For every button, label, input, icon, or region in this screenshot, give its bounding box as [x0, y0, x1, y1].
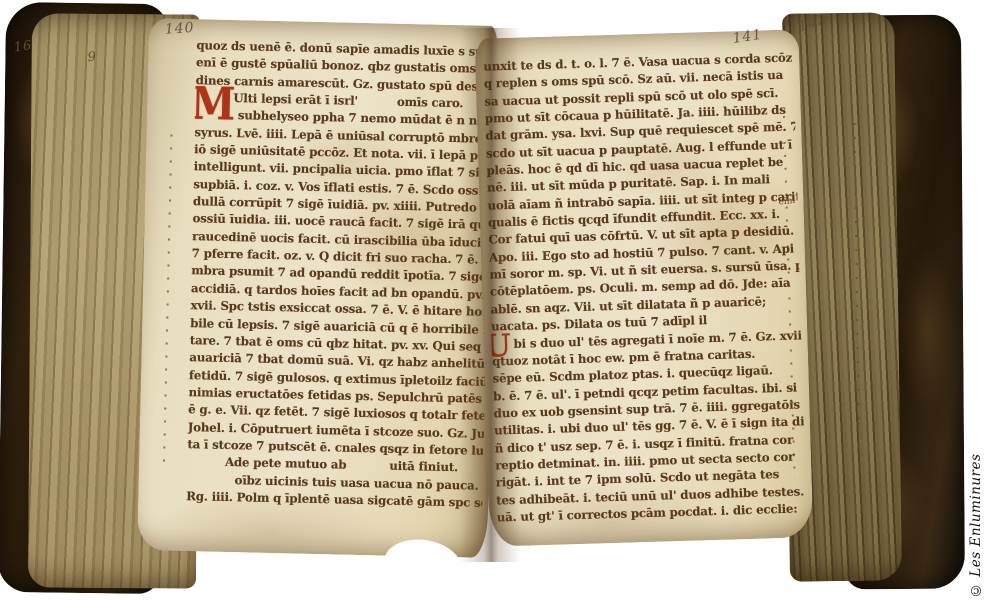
folio-number-left: 140	[164, 20, 195, 38]
manuscript-photo: 16 9 143 140 M quoz ds uenē ē. donū sapī…	[0, 0, 986, 600]
marginal-correction: eīm	[778, 196, 796, 208]
edge-folio-number-16: 16	[13, 38, 33, 55]
rubricated-initial-M: M	[191, 84, 236, 125]
edge-folio-number-9: 9	[87, 49, 97, 65]
right-page: 141 U eīm unxit te ds d. t. o. l. 7 ē. V…	[475, 29, 814, 546]
edge-folio-number-143: 143	[796, 11, 829, 35]
right-page-text: U eīm unxit te ds d. t. o. l. 7 ē. Vasa …	[483, 49, 807, 536]
copyright-credit: © Les Enluminures	[968, 420, 984, 598]
left-page: 140 M quoz ds uenē ē. donū sapīe amadis …	[137, 18, 499, 558]
left-page-text: M quoz ds uenē ē. donū sapīe amadis luxī…	[186, 37, 493, 524]
rubricated-initial-U: U	[483, 331, 511, 362]
folio-number-right: 141	[732, 27, 764, 47]
sewing-holes	[854, 123, 861, 453]
prick-marks-left	[163, 135, 173, 471]
